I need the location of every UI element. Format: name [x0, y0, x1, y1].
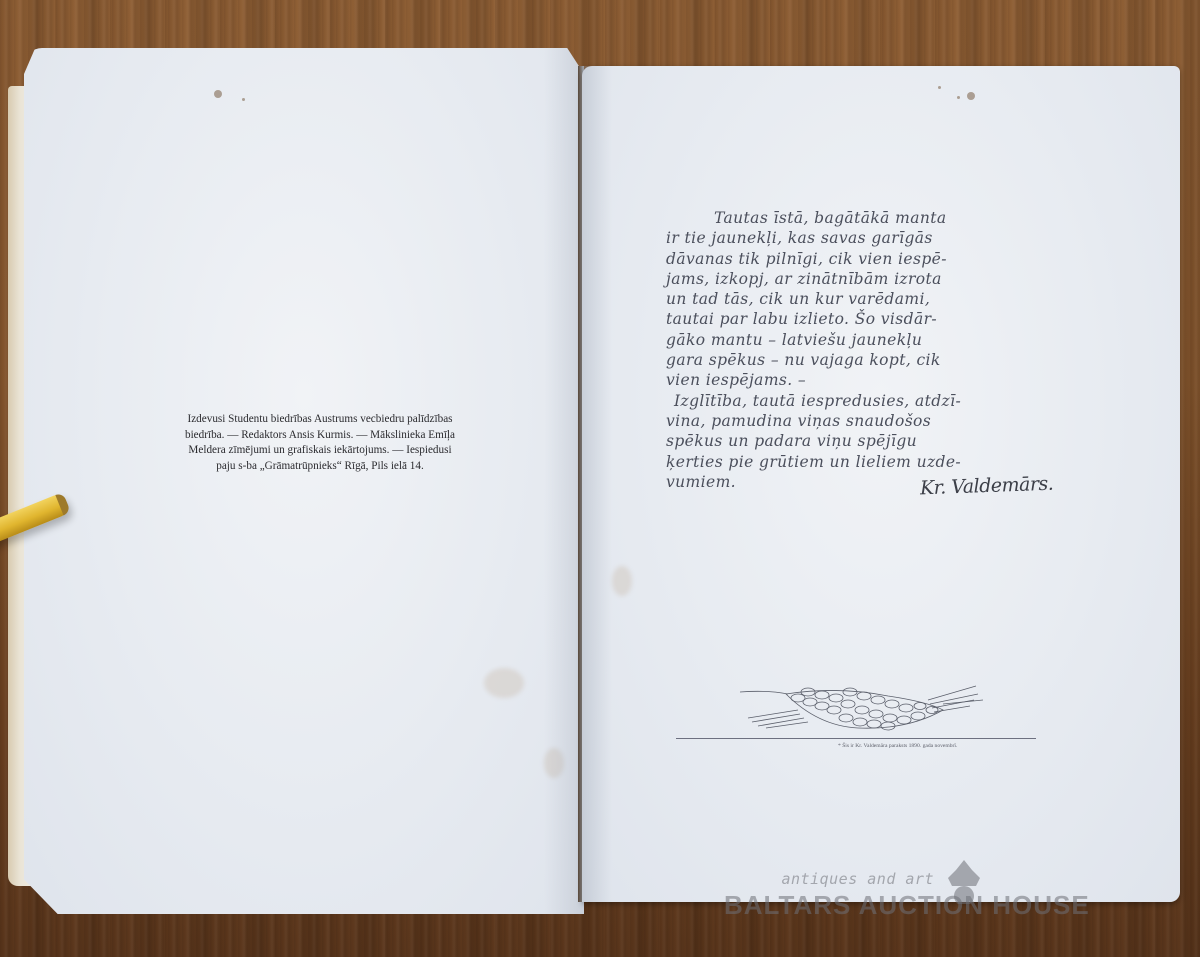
left-page	[24, 48, 584, 914]
handwritten-line: dāvanas tik pilnīgi, cik vien iespē-	[666, 249, 1046, 269]
handwritten-line: gara spēkus – nu vajaga kopt, cik	[666, 350, 1046, 370]
handwritten-line: spēkus un padara viņu spējīgu	[666, 431, 1046, 451]
footnote-rule	[676, 738, 1036, 739]
handwritten-line: vina, pamudina viņas snaudošos	[666, 411, 1046, 431]
handwritten-line: ķerties pie grūtiem un lieliem uzde-	[666, 452, 1046, 472]
signature: Kr. Valdemārs.	[920, 473, 1054, 500]
handwritten-quote: Tautas īstā, bagātākā manta ir tie jaune…	[666, 208, 1046, 492]
page-spot	[967, 92, 975, 100]
handwritten-line: ir tie jaunekļi, kas savas garīgās	[666, 228, 1046, 248]
page-spot	[938, 86, 941, 89]
handwritten-line: jams, izkopj, ar zinātnībām izrota	[666, 269, 1046, 289]
page-spot	[242, 98, 245, 101]
wheat-ear-icon	[738, 680, 988, 740]
page-stain	[484, 668, 524, 698]
page-spot	[214, 90, 222, 98]
page-spot	[957, 96, 960, 99]
handwritten-line: Izglītība, tautā iespredusies, atdzī-	[666, 391, 1046, 411]
handwritten-line: un tad tās, cik un kur varēdami,	[666, 289, 1046, 309]
handwritten-line: gāko mantu – latviešu jaunekļu	[666, 330, 1046, 350]
imprint-line: Izdevusi Studentu biedrības Austrums vec…	[170, 412, 470, 428]
handwritten-line: Tautas īstā, bagātākā manta	[666, 208, 1046, 228]
footnote: * Šis ir Kr. Valdemāra paraksts 1890. ga…	[838, 743, 957, 749]
page-stain	[544, 748, 564, 778]
page-stain	[612, 566, 632, 596]
imprint-colophon: Izdevusi Studentu biedrības Austrums vec…	[170, 412, 470, 474]
imprint-line: paju s-ba „Grāmatrūpnieks“ Rīgā, Pils ie…	[170, 459, 470, 475]
handwritten-line: vien iespējams. –	[666, 370, 1046, 390]
imprint-line: biedrība. — Redaktors Ansis Kurmis. — Mā…	[170, 428, 470, 444]
handwritten-line: tautai par labu izlieto. Šo visdār-	[666, 309, 1046, 329]
imprint-line: Meldera zīmējumi un grafiskais iekārtoju…	[170, 443, 470, 459]
